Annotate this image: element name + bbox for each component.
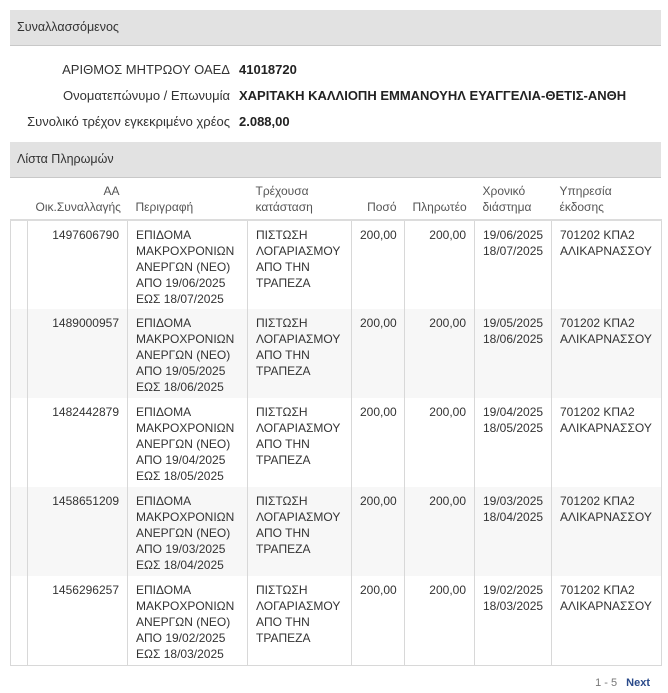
status-line: ΤΡΑΠΕΖΑ xyxy=(256,541,343,557)
description-header: Περιγραφή xyxy=(128,180,248,220)
period-line: 19/03/2025 xyxy=(483,493,543,509)
period-cell: 19/03/202518/04/2025 xyxy=(475,487,552,576)
payable-header: Πληρωτέο xyxy=(405,180,475,220)
header-line: Χρονικό xyxy=(483,183,544,199)
participant-info: ΑΡΙΘΜΟΣ ΜΗΤΡΩΟΥ ΟΑΕΔ 41018720 Ονοματεπών… xyxy=(0,58,668,136)
description-line: ΑΠΟ 19/04/2025 xyxy=(136,452,239,468)
status-line: ΛΟΓΑΡΙΑΣΜΟΥ xyxy=(256,331,343,347)
status-cell: ΠΙΣΤΩΣΗΛΟΓΑΡΙΑΣΜΟΥΑΠΟ ΤΗΝΤΡΑΠΕΖΑ xyxy=(248,309,352,398)
payable-cell: 200,00 xyxy=(405,576,475,665)
office-line: 701202 ΚΠΑ2 xyxy=(560,227,653,243)
office-cell: 701202 ΚΠΑ2ΑΛΙΚΑΡΝΑΣΣΟΥ xyxy=(552,220,662,309)
table-row[interactable]: 1489000957ΕΠΙΔΟΜΑΜΑΚΡΟΧΡΟΝΙΩΝΑΝΕΡΓΩΝ (ΝΕ… xyxy=(11,309,662,398)
period-line: 18/07/2025 xyxy=(483,243,543,259)
period-line: 18/05/2025 xyxy=(483,420,543,436)
description-line: ΕΩΣ 18/03/2025 xyxy=(136,646,239,662)
description-line: ΑΠΟ 19/05/2025 xyxy=(136,363,239,379)
period-line: 18/03/2025 xyxy=(483,598,543,614)
transaction-id-cell: 1456296257 xyxy=(28,576,128,665)
header-line: Περιγραφή xyxy=(136,199,240,215)
description-line: ΕΩΣ 18/07/2025 xyxy=(136,291,239,307)
transaction-id-cell: 1482442879 xyxy=(28,398,128,487)
table-row[interactable]: 1458651209ΕΠΙΔΟΜΑΜΑΚΡΟΧΡΟΝΙΩΝΑΝΕΡΓΩΝ (ΝΕ… xyxy=(11,487,662,576)
description-line: ΕΠΙΔΟΜΑ xyxy=(136,404,239,420)
amount-cell: 200,00 xyxy=(352,576,405,665)
status-line: ΑΠΟ ΤΗΝ xyxy=(256,436,343,452)
status-cell: ΠΙΣΤΩΣΗΛΟΓΑΡΙΑΣΜΟΥΑΠΟ ΤΗΝΤΡΑΠΕΖΑ xyxy=(248,487,352,576)
description-line: ΜΑΚΡΟΧΡΟΝΙΩΝ xyxy=(136,243,239,259)
total-debt-value: 2.088,00 xyxy=(239,110,290,134)
info-row-registry-number: ΑΡΙΘΜΟΣ ΜΗΤΡΩΟΥ ΟΑΕΔ 41018720 xyxy=(0,58,668,84)
row-select-cell xyxy=(11,398,28,487)
status-line: ΠΙΣΤΩΣΗ xyxy=(256,404,343,420)
table-row[interactable]: 1482442879ΕΠΙΔΟΜΑΜΑΚΡΟΧΡΟΝΙΩΝΑΝΕΡΓΩΝ (ΝΕ… xyxy=(11,398,662,487)
status-line: ΤΡΑΠΕΖΑ xyxy=(256,275,343,291)
office-line: 701202 ΚΠΑ2 xyxy=(560,582,653,598)
payable-cell: 200,00 xyxy=(405,220,475,309)
pagination-range: 1 - 5 xyxy=(595,677,617,689)
description-line: ΑΠΟ 19/06/2025 xyxy=(136,275,239,291)
status-header: Τρέχουσακατάσταση xyxy=(248,180,352,220)
header-line: Οικ.Συναλλαγής xyxy=(36,199,120,215)
office-line: ΑΛΙΚΑΡΝΑΣΣΟΥ xyxy=(560,243,653,259)
status-line: ΤΡΑΠΕΖΑ xyxy=(256,363,343,379)
description-line: ΑΝΕΡΓΩΝ (ΝΕΟ) xyxy=(136,614,239,630)
office-line: ΑΛΙΚΑΡΝΑΣΣΟΥ xyxy=(560,420,653,436)
table-row[interactable]: 1497606790ΕΠΙΔΟΜΑΜΑΚΡΟΧΡΟΝΙΩΝΑΝΕΡΓΩΝ (ΝΕ… xyxy=(11,220,662,309)
office-line: 701202 ΚΠΑ2 xyxy=(560,493,653,509)
header-line: Ποσό xyxy=(360,199,397,215)
full-name-label: Ονοματεπώνυμο / Επωνυμία xyxy=(63,84,230,108)
header-line: έκδοσης xyxy=(560,199,654,215)
description-line: ΑΠΟ 19/02/2025 xyxy=(136,630,239,646)
amount-cell: 200,00 xyxy=(352,398,405,487)
status-line: ΠΙΣΤΩΣΗ xyxy=(256,582,343,598)
status-line: ΠΙΣΤΩΣΗ xyxy=(256,227,343,243)
status-line: ΑΠΟ ΤΗΝ xyxy=(256,525,343,541)
description-line: ΜΑΚΡΟΧΡΟΝΙΩΝ xyxy=(136,598,239,614)
description-cell: ΕΠΙΔΟΜΑΜΑΚΡΟΧΡΟΝΙΩΝΑΝΕΡΓΩΝ (ΝΕΟ)ΑΠΟ 19/0… xyxy=(128,220,248,309)
amount-cell: 200,00 xyxy=(352,220,405,309)
description-line: ΜΑΚΡΟΧΡΟΝΙΩΝ xyxy=(136,509,239,525)
full-name-value: ΧΑΡΙΤΑΚΗ ΚΑΛΛΙΟΠΗ ΕΜΜΑΝΟΥΗΛ ΕΥΑΓΓΕΛΙΑ-ΘΕ… xyxy=(239,84,626,108)
amount-cell: 200,00 xyxy=(352,487,405,576)
description-cell: ΕΠΙΔΟΜΑΜΑΚΡΟΧΡΟΝΙΩΝΑΝΕΡΓΩΝ (ΝΕΟ)ΑΠΟ 19/0… xyxy=(128,487,248,576)
row-select-cell xyxy=(11,576,28,665)
period-cell: 19/05/202518/06/2025 xyxy=(475,309,552,398)
amount-header: Ποσό xyxy=(352,180,405,220)
description-line: ΜΑΚΡΟΧΡΟΝΙΩΝ xyxy=(136,420,239,436)
period-line: 18/04/2025 xyxy=(483,509,543,525)
registry-number-label: ΑΡΙΘΜΟΣ ΜΗΤΡΩΟΥ ΟΑΕΔ xyxy=(62,58,230,82)
payable-cell: 200,00 xyxy=(405,398,475,487)
header-line: ΑΑ xyxy=(36,183,120,199)
office-line: 701202 ΚΠΑ2 xyxy=(560,404,653,420)
status-line: ΛΟΓΑΡΙΑΣΜΟΥ xyxy=(256,420,343,436)
payable-cell: 200,00 xyxy=(405,309,475,398)
transaction-id-header: ΑΑΟικ.Συναλλαγής xyxy=(28,180,128,220)
status-line: ΛΟΓΑΡΙΑΣΜΟΥ xyxy=(256,598,343,614)
description-line: ΑΠΟ 19/03/2025 xyxy=(136,541,239,557)
period-cell: 19/06/202518/07/2025 xyxy=(475,220,552,309)
status-line: ΑΠΟ ΤΗΝ xyxy=(256,614,343,630)
next-page-link[interactable]: Next xyxy=(626,677,650,689)
header-line: Υπηρεσία xyxy=(560,183,654,199)
status-line: ΤΡΑΠΕΖΑ xyxy=(256,452,343,468)
header-line xyxy=(360,183,397,199)
description-cell: ΕΠΙΔΟΜΑΜΑΚΡΟΧΡΟΝΙΩΝΑΝΕΡΓΩΝ (ΝΕΟ)ΑΠΟ 19/0… xyxy=(128,398,248,487)
period-header: Χρονικόδιάστημα xyxy=(475,180,552,220)
select-column-header xyxy=(11,180,28,220)
period-line: 18/06/2025 xyxy=(483,331,543,347)
participant-section-header: Συναλλασσόμενος xyxy=(10,10,661,46)
transaction-id-cell: 1497606790 xyxy=(28,220,128,309)
row-select-cell xyxy=(11,487,28,576)
payments-table: ΑΑΟικ.Συναλλαγής ΠεριγραφήΤρέχουσακατάστ… xyxy=(10,180,662,666)
info-row-full-name: Ονοματεπώνυμο / Επωνυμία ΧΑΡΙΤΑΚΗ ΚΑΛΛΙΟ… xyxy=(0,84,668,110)
header-line xyxy=(136,183,240,199)
office-line: 701202 ΚΠΑ2 xyxy=(560,315,653,331)
office-cell: 701202 ΚΠΑ2ΑΛΙΚΑΡΝΑΣΣΟΥ xyxy=(552,398,662,487)
row-select-cell xyxy=(11,220,28,309)
header-line: κατάσταση xyxy=(256,199,344,215)
payable-cell: 200,00 xyxy=(405,487,475,576)
transaction-id-cell: 1489000957 xyxy=(28,309,128,398)
status-cell: ΠΙΣΤΩΣΗΛΟΓΑΡΙΑΣΜΟΥΑΠΟ ΤΗΝΤΡΑΠΕΖΑ xyxy=(248,576,352,665)
header-line xyxy=(19,199,20,215)
transaction-id-cell: 1458651209 xyxy=(28,487,128,576)
payments-section-header: Λίστα Πληρωμών xyxy=(10,142,661,178)
office-cell: 701202 ΚΠΑ2ΑΛΙΚΑΡΝΑΣΣΟΥ xyxy=(552,309,662,398)
header-line: Τρέχουσα xyxy=(256,183,344,199)
table-header-row: ΑΑΟικ.Συναλλαγής ΠεριγραφήΤρέχουσακατάστ… xyxy=(11,180,662,220)
description-line: ΑΝΕΡΓΩΝ (ΝΕΟ) xyxy=(136,525,239,541)
info-row-total-debt: Συνολικό τρέχον εγκεκριμένο χρέος 2.088,… xyxy=(0,110,668,136)
period-line: 19/04/2025 xyxy=(483,404,543,420)
office-cell: 701202 ΚΠΑ2ΑΛΙΚΑΡΝΑΣΣΟΥ xyxy=(552,576,662,665)
total-debt-label: Συνολικό τρέχον εγκεκριμένο χρέος xyxy=(27,110,230,134)
description-cell: ΕΠΙΔΟΜΑΜΑΚΡΟΧΡΟΝΙΩΝΑΝΕΡΓΩΝ (ΝΕΟ)ΑΠΟ 19/0… xyxy=(128,309,248,398)
table-row[interactable]: 1456296257ΕΠΙΔΟΜΑΜΑΚΡΟΧΡΟΝΙΩΝΑΝΕΡΓΩΝ (ΝΕ… xyxy=(11,576,662,665)
office-line: ΑΛΙΚΑΡΝΑΣΣΟΥ xyxy=(560,331,653,347)
status-line: ΛΟΓΑΡΙΑΣΜΟΥ xyxy=(256,243,343,259)
description-line: ΑΝΕΡΓΩΝ (ΝΕΟ) xyxy=(136,259,239,275)
header-line: Πληρωτέο xyxy=(413,199,467,215)
header-line: διάστημα xyxy=(483,199,544,215)
status-cell: ΠΙΣΤΩΣΗΛΟΓΑΡΙΑΣΜΟΥΑΠΟ ΤΗΝΤΡΑΠΕΖΑ xyxy=(248,398,352,487)
status-line: ΛΟΓΑΡΙΑΣΜΟΥ xyxy=(256,509,343,525)
office-cell: 701202 ΚΠΑ2ΑΛΙΚΑΡΝΑΣΣΟΥ xyxy=(552,487,662,576)
description-line: ΑΝΕΡΓΩΝ (ΝΕΟ) xyxy=(136,347,239,363)
status-cell: ΠΙΣΤΩΣΗΛΟΓΑΡΙΑΣΜΟΥΑΠΟ ΤΗΝΤΡΑΠΕΖΑ xyxy=(248,220,352,309)
description-line: ΕΠΙΔΟΜΑ xyxy=(136,227,239,243)
office-line: ΑΛΙΚΑΡΝΑΣΣΟΥ xyxy=(560,598,653,614)
period-line: 19/05/2025 xyxy=(483,315,543,331)
status-line: ΠΙΣΤΩΣΗ xyxy=(256,493,343,509)
description-line: ΕΠΙΔΟΜΑ xyxy=(136,582,239,598)
description-line: ΕΩΣ 18/06/2025 xyxy=(136,379,239,395)
office-header: Υπηρεσίαέκδοσης xyxy=(552,180,662,220)
status-line: ΤΡΑΠΕΖΑ xyxy=(256,630,343,646)
description-cell: ΕΠΙΔΟΜΑΜΑΚΡΟΧΡΟΝΙΩΝΑΝΕΡΓΩΝ (ΝΕΟ)ΑΠΟ 19/0… xyxy=(128,576,248,665)
status-line: ΠΙΣΤΩΣΗ xyxy=(256,315,343,331)
description-line: ΕΠΙΔΟΜΑ xyxy=(136,493,239,509)
row-select-cell xyxy=(11,309,28,398)
status-line: ΑΠΟ ΤΗΝ xyxy=(256,259,343,275)
period-cell: 19/04/202518/05/2025 xyxy=(475,398,552,487)
description-line: ΕΠΙΔΟΜΑ xyxy=(136,315,239,331)
office-line: ΑΛΙΚΑΡΝΑΣΣΟΥ xyxy=(560,509,653,525)
period-line: 19/06/2025 xyxy=(483,227,543,243)
description-line: ΕΩΣ 18/04/2025 xyxy=(136,557,239,573)
registry-number-value: 41018720 xyxy=(239,58,297,82)
pagination: 1 - 5 Next xyxy=(595,677,650,689)
period-line: 19/02/2025 xyxy=(483,582,543,598)
description-line: ΕΩΣ 18/05/2025 xyxy=(136,468,239,484)
description-line: ΜΑΚΡΟΧΡΟΝΙΩΝ xyxy=(136,331,239,347)
description-line: ΑΝΕΡΓΩΝ (ΝΕΟ) xyxy=(136,436,239,452)
header-line xyxy=(413,183,467,199)
period-cell: 19/02/202518/03/2025 xyxy=(475,576,552,665)
amount-cell: 200,00 xyxy=(352,309,405,398)
status-line: ΑΠΟ ΤΗΝ xyxy=(256,347,343,363)
